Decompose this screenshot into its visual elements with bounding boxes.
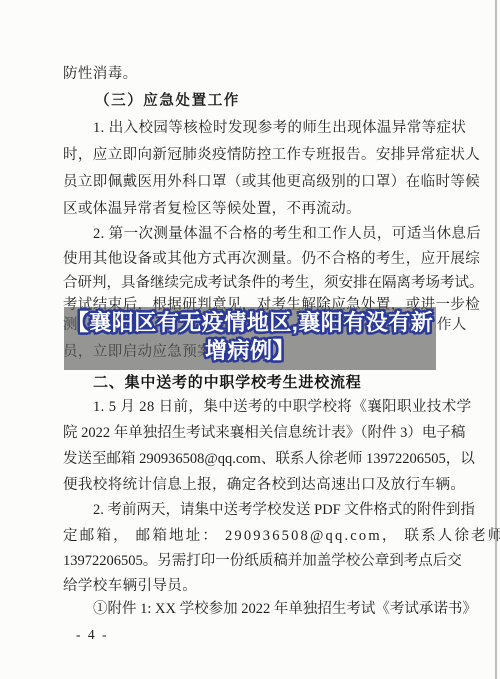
text-line: 1. 出入校园等核检时发现参考的师生出现体温异常等症状 bbox=[93, 120, 466, 136]
page-right-edge bbox=[495, 0, 497, 679]
text-line: 作人 bbox=[437, 317, 467, 333]
overlay-banner-text: 【襄阳区有无疫情地区,襄阳有没有新 增病例】 bbox=[64, 309, 436, 365]
text-line: 便我校将统计信息上报，确定各校到达高速出口及放行车辆。 bbox=[63, 477, 465, 493]
text-line: 定邮箱， 邮箱地址： 290936508@qq.com， 联系人徐老师 bbox=[63, 528, 500, 544]
text-line: 二、集中送考的中职学校考生进校流程 bbox=[93, 375, 362, 391]
text-line: 1. 5 月 28 日前，集中送考的中职学校将《襄阳职业技术学 bbox=[93, 399, 472, 415]
text-line: 给学校车辆引导员。 bbox=[63, 578, 197, 594]
scanned-document-page: 防性消毒。（三）应急处置工作1. 出入校园等核检时发现参考的师生出现体温异常等症… bbox=[0, 0, 500, 679]
text-line: 13972206505。另需打印一份纸质稿并加盖学校公章到考点后交 bbox=[63, 553, 462, 569]
text-line: 员立即佩戴医用外科口罩（或其他更高级别的口罩）在临时等候 bbox=[63, 174, 480, 190]
text-line: 区或体温异常者复检区等候处置，不再流动。 bbox=[63, 201, 361, 217]
text-line: 2. 考前两天，请集中送考学校发送 PDF 文件格式的附件到指 bbox=[93, 502, 475, 518]
text-line: 时，应立即向新冠肺炎疫情防控工作专班报告。安排异常症状人 bbox=[63, 147, 480, 163]
text-line: 防性消毒。 bbox=[63, 66, 138, 82]
text-line: 院 2022 年单独招生考试来襄相关信息统计表》（附件 3）电子稿 bbox=[63, 425, 465, 441]
overlay-banner-line2: 增病例】 bbox=[205, 338, 295, 363]
text-line: 合研判，具备继续完成考试条件的考生，须安排在隔离考场考试。 bbox=[63, 275, 484, 291]
text-line: 发送至邮箱 290936508@qq.com、联系人徐老师 1397220650… bbox=[63, 451, 475, 467]
text-line: 2. 第一次测量体温不合格的考生和工作人员，可适当休息后 bbox=[93, 226, 481, 242]
text-line: （三）应急处置工作 bbox=[95, 93, 240, 109]
page-number: - 4 - bbox=[76, 627, 109, 643]
overlay-banner-line1: 【襄阳区有无疫情地区,襄阳有没有新 bbox=[67, 310, 434, 335]
text-line: 使用其他设备或其他方式再次测量。仍不合格的考生，应开展综 bbox=[63, 251, 480, 267]
text-line: ①附件 1: XX 学校参加 2022 年单独招生考试《考试承诺书》 bbox=[93, 601, 477, 617]
